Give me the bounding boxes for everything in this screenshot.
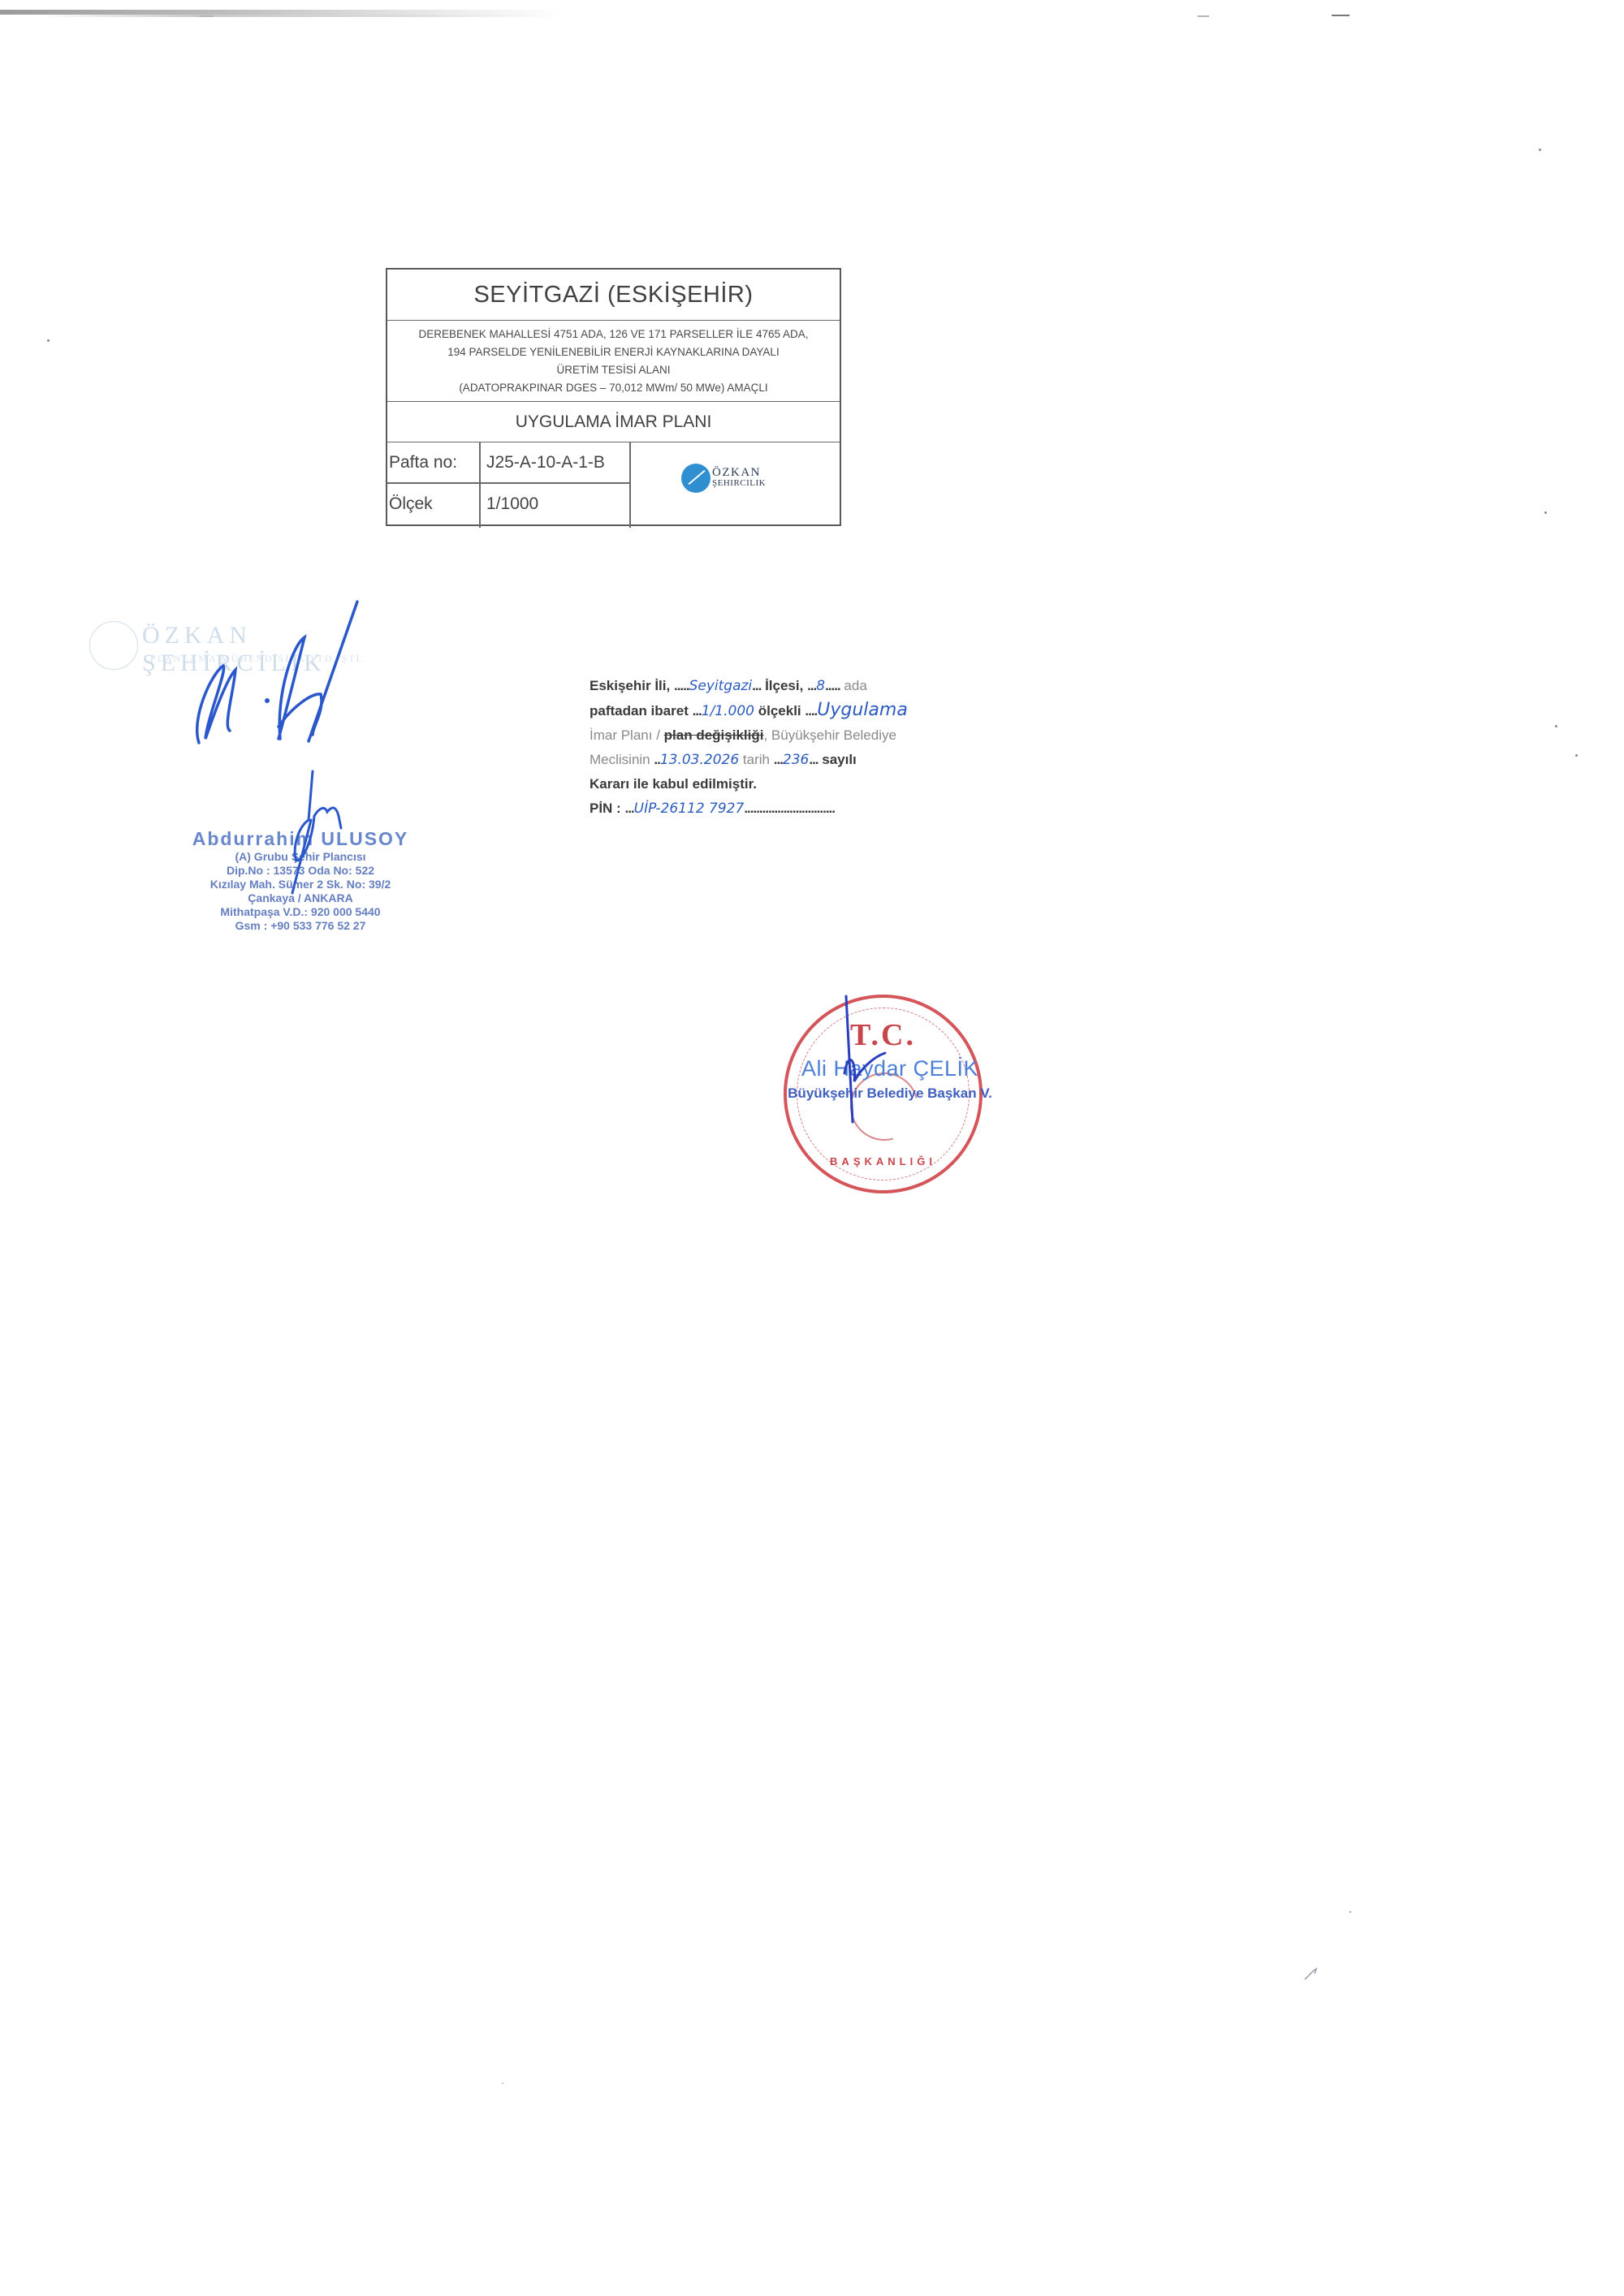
scan-edge-artifact [41,15,560,17]
description-line: ÜRETİM TESİSİ ALANI [556,361,670,379]
approval-text: ölçekli [758,703,801,719]
logo-line1: ÖZKAN [712,468,766,478]
speck [47,339,50,342]
description-line: (ADATOPRAKPINAR DGES – 70,012 MWm/ 50 MW… [459,379,767,397]
plan-description: DEREBENEK MAHALLESİ 4751 ADA, 126 VE 171… [387,321,840,402]
planner-phone: Gsm : +90 533 776 52 27 [162,919,438,933]
approval-text: İmar Planı / [590,727,660,743]
scan-mark [199,15,214,17]
handwritten-sheet-count: 8 [816,678,825,694]
speck [1544,511,1547,514]
handwritten-date: 13.03.2026 [660,752,739,768]
approval-text: ada [844,678,866,693]
handwritten-district: Seyitgazi [689,678,753,694]
approval-text: sayılı [822,752,857,767]
speck [1539,149,1541,151]
handwritten-decision-number: 236 [783,752,809,768]
plan-title-block: SEYİTGAZİ (ESKİŞEHİR) DEREBENEK MAHALLES… [386,268,841,526]
description-line: 194 PARSELDE YENİLENEBİLİR ENERJİ KAYNAK… [447,343,779,361]
scale-value: 1/1000 [486,483,629,525]
district-title: SEYİTGAZİ (ESKİŞEHİR) [387,270,840,321]
planner-tax: Mithatpaşa V.D.: 920 000 5440 [162,905,438,919]
seal-ring-text: BAŞKANLIĞI [787,1155,979,1167]
approval-text: tarih [743,752,770,767]
handwritten-pin: UİP-26112 7927 [634,801,745,817]
scan-mark [1332,15,1350,16]
signature-1 [183,597,369,751]
description-line: DEREBENEK MAHALLESİ 4751 ADA, 126 VE 171… [418,326,808,343]
column-divider [479,442,481,528]
approval-text: Meclisinin [590,752,650,767]
sheet-label: Pafta no: [389,442,479,482]
company-logo-icon [89,621,138,670]
ozkan-logo: ÖZKAN ŞEHIRCILIK [681,464,766,493]
speck [502,2082,503,2084]
pen-mark [1303,1966,1328,1983]
plan-type: UYGULAMA İMAR PLANI [387,402,840,442]
planner-city: Çankaya / ANKARA [162,891,438,905]
logo-line2: ŞEHIRCILIK [712,478,766,489]
speck [1350,1911,1351,1913]
sheet-number: J25-A-10-A-1-B [486,442,629,482]
struck-text: plan değişikliği [664,727,764,743]
handwritten-plan-type: Uygulama [817,700,908,720]
pin-label: PİN : [590,801,621,816]
approval-text: Eskişehir İli, [590,678,670,693]
approval-text: Kararı ile kabul edilmiştir. [590,776,757,792]
scale-label: Ölçek [389,483,479,525]
approval-statement: Eskişehir İli, .....Seyitgazi... İlçesi,… [590,674,1044,821]
approval-text: paftadan ibaret [590,703,689,719]
signature-3 [836,992,893,1130]
ozkan-z-icon [681,464,710,493]
speck [1575,754,1578,757]
column-divider [629,442,631,528]
approval-text: , Büyükşehir Belediye [763,727,896,743]
scan-mark [1198,15,1209,17]
handwritten-scale: 1/1.000 [702,703,754,719]
speck [1555,725,1557,727]
signature-2 [280,771,361,893]
approval-text: İlçesi, [765,678,803,693]
